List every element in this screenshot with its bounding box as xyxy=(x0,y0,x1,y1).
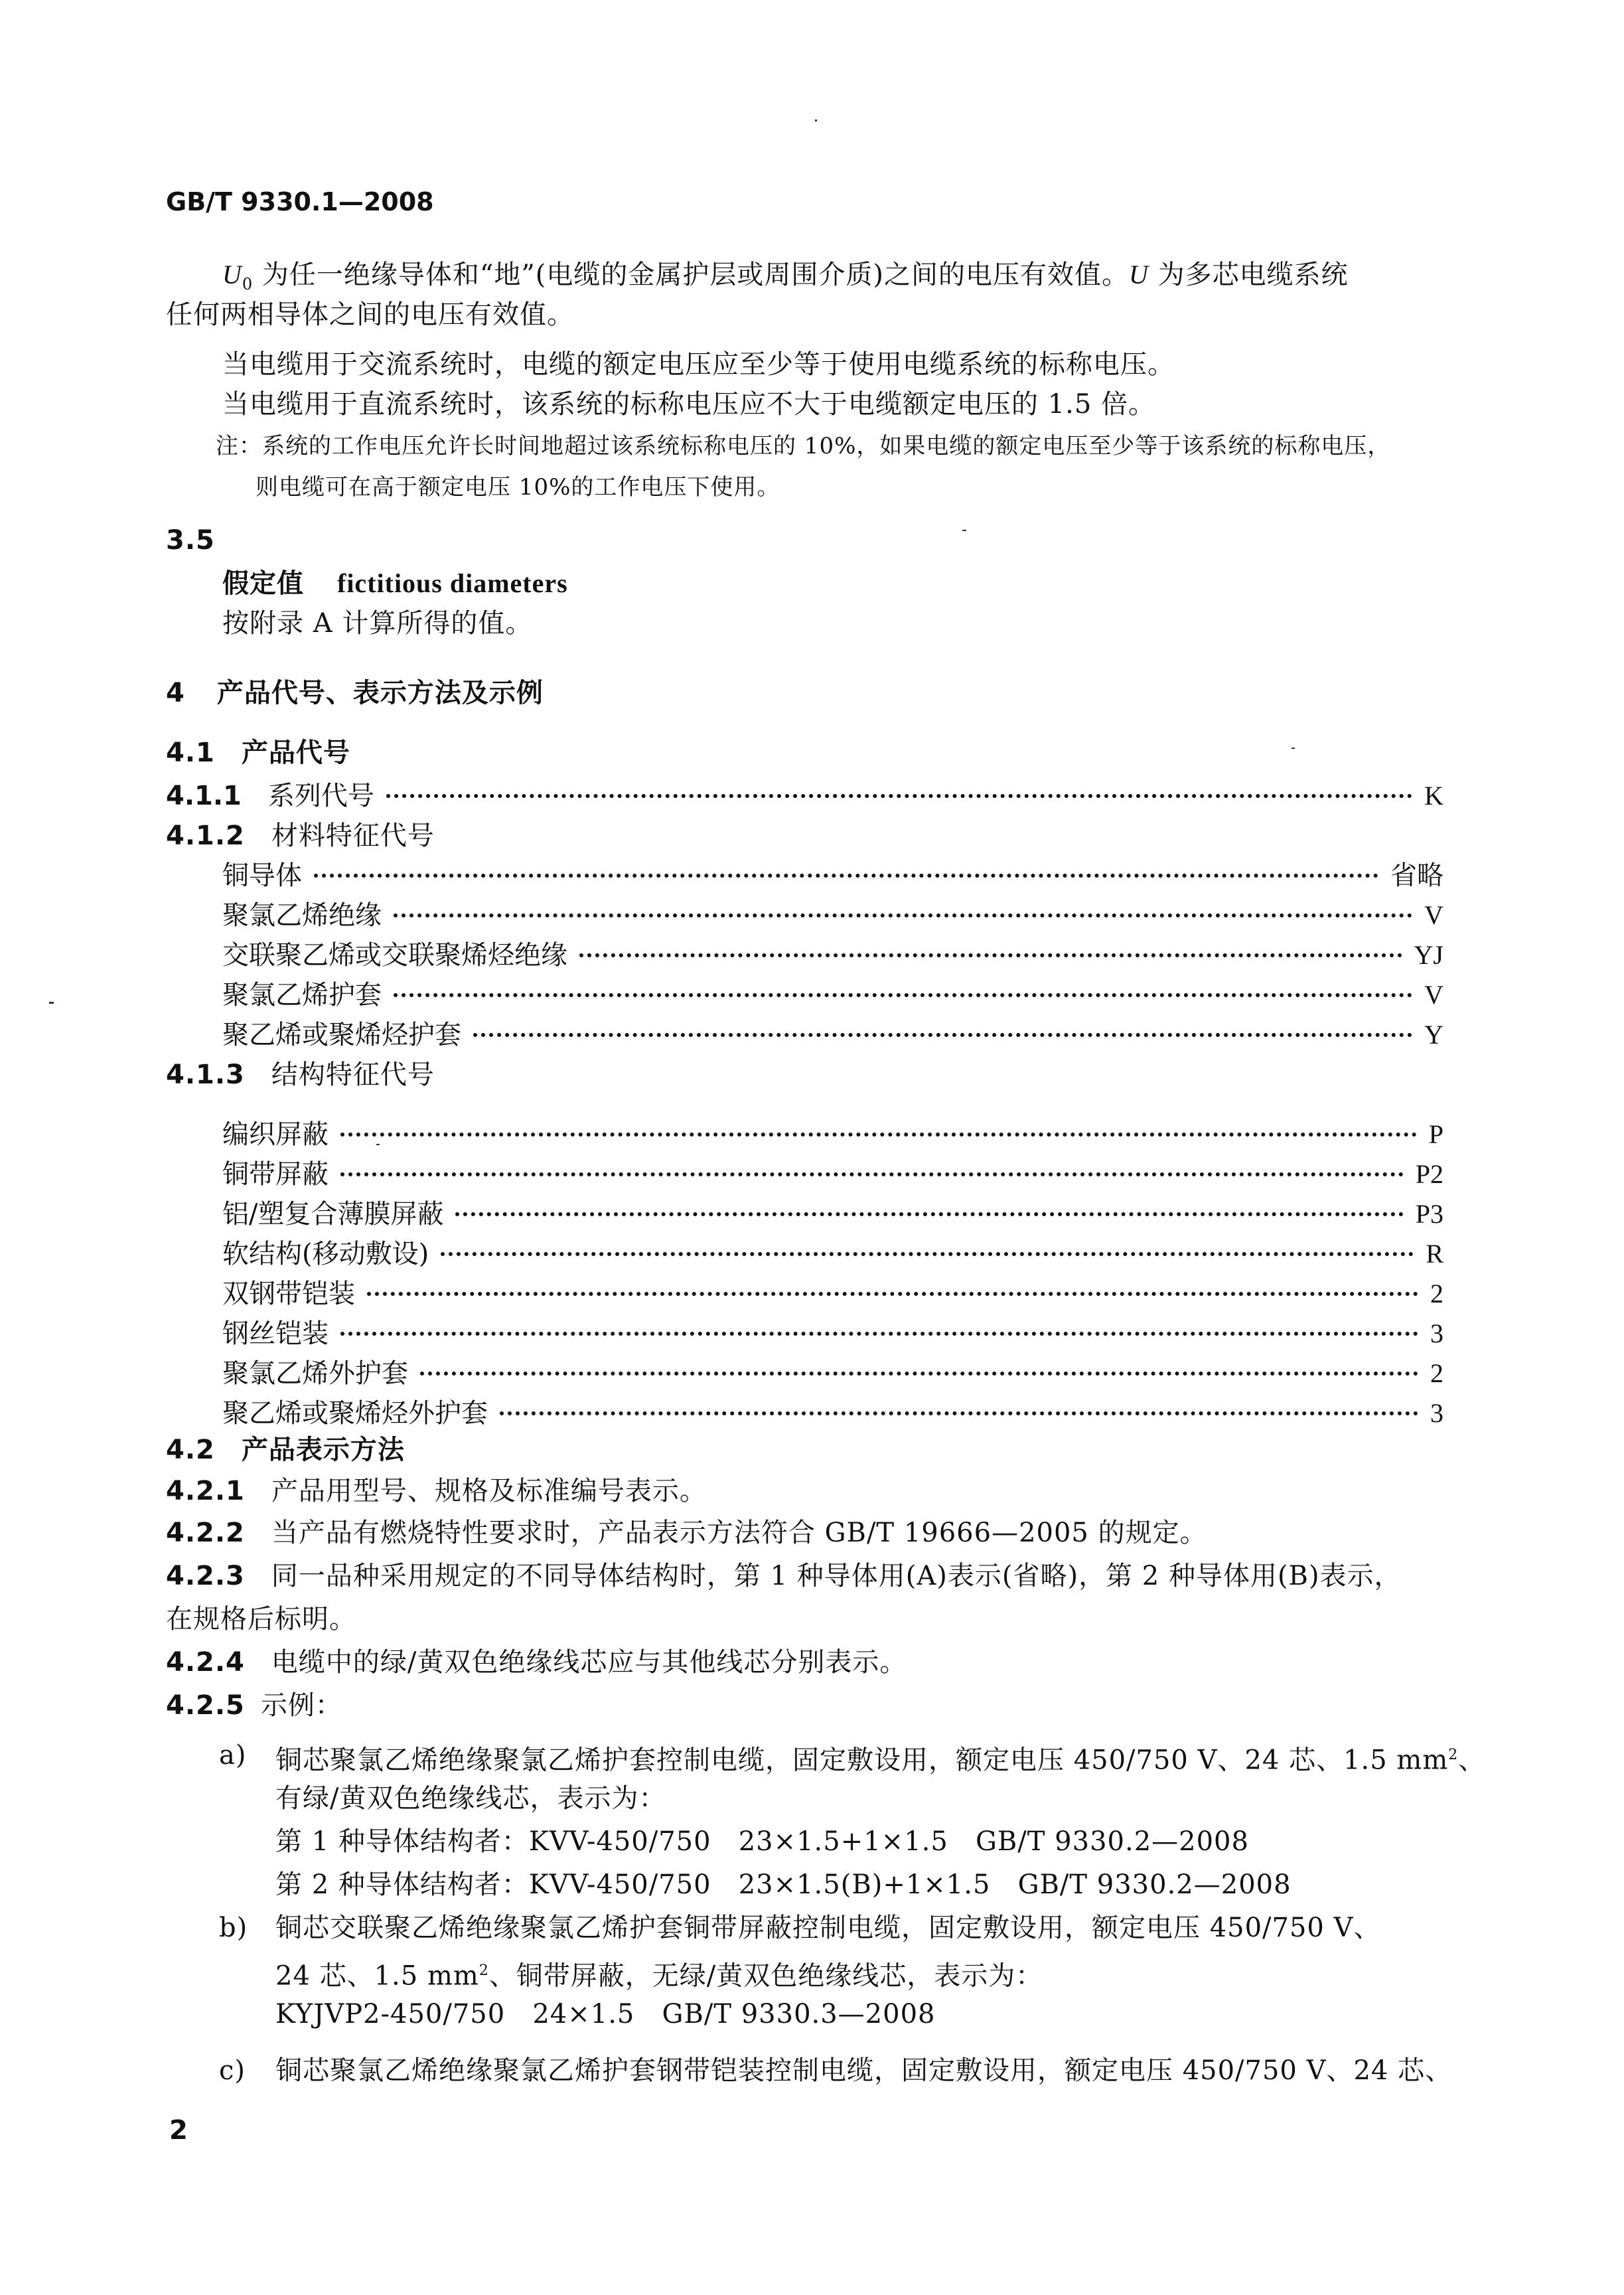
document-page: GB/T 9330.1—2008 U0 为任一绝缘导体和“地”(电缆的金属护层或… xyxy=(0,0,1624,2295)
example-text: 铜芯聚氯乙烯绝缘聚氯乙烯护套控制电缆，固定敷设用，额定电压 450/750 V、… xyxy=(275,1745,1448,1775)
example-c-marker: c) xyxy=(219,2055,246,2087)
structure-code-item: 铝/塑复合薄膜屏蔽P3 xyxy=(222,1198,1443,1230)
item-label: 铜导体 xyxy=(222,860,302,892)
symbol-u0: U xyxy=(222,260,242,289)
structure-code-item: 编织屏蔽P xyxy=(222,1119,1443,1150)
ac-system-rule: 当电缆用于交流系统时，电缆的额定电压应至少等于使用电缆系统的标称电压。 xyxy=(222,349,1175,380)
item-label: 聚氯乙烯绝缘 xyxy=(222,900,382,931)
leader-dots xyxy=(473,1033,1412,1037)
clause-title: 结构特征代号 xyxy=(271,1060,435,1090)
item-code: P2 xyxy=(1416,1158,1443,1190)
structure-code-item: 钢丝铠装3 xyxy=(222,1318,1443,1350)
item-label: 聚氯乙烯护套 xyxy=(222,979,382,1011)
clause-number: 4.1.3 xyxy=(166,1059,245,1091)
leader-dots xyxy=(340,1133,1417,1137)
superscript: 2 xyxy=(479,1962,489,1979)
clause-number: 4.2.3 xyxy=(166,1560,245,1592)
term-chinese: 假定值 xyxy=(222,568,304,599)
clause-4-2-5: 4.2.5示例： xyxy=(166,1690,342,1721)
scan-speck xyxy=(1292,748,1295,749)
item-code: P xyxy=(1429,1119,1443,1150)
clause-4-2-4: 4.2.4电缆中的绿/黄双色绝缘线芯应与其他线芯分别表示。 xyxy=(166,1646,907,1678)
voltage-definition-line1: U0 为任一绝缘导体和“地”(电缆的金属护层或周围介质)之间的电压有效值。U 为… xyxy=(222,259,1349,300)
leader-dots xyxy=(441,1252,1414,1256)
clause-number: 4.2.5 xyxy=(166,1690,245,1721)
symbol-u0-subscript: 0 xyxy=(242,275,253,293)
item-label: 交联聚乙烯或交联聚烯烃绝缘 xyxy=(222,939,567,971)
scan-speck xyxy=(815,119,817,121)
series-code-label: 4.1.1系列代号 xyxy=(166,780,374,812)
material-code-item: 聚乙烯或聚烯烃护套Y xyxy=(222,1019,1443,1051)
clause-text: 同一品种采用规定的不同导体结构时，第 1 种导体用(A)表示(省略)，第 2 种… xyxy=(271,1561,1402,1591)
section-4-1-number: 4.1 xyxy=(166,738,215,768)
item-code: P3 xyxy=(1416,1198,1443,1230)
clause-4-2-3-continuation: 在规格后标明。 xyxy=(166,1603,356,1635)
leader-dots xyxy=(386,794,1412,798)
leader-dots xyxy=(420,1372,1418,1376)
example-text: 、铜带屏蔽，无绿/黄双色绝缘线芯，表示为： xyxy=(489,1960,1043,1991)
structure-code-item: 聚氯乙烯外护套2 xyxy=(222,1358,1443,1389)
item-code: Y xyxy=(1424,1019,1443,1051)
section-3-5-number: 3.5 xyxy=(166,524,215,556)
clause-text: 产品用型号、规格及标准编号表示。 xyxy=(271,1476,707,1506)
leader-dots xyxy=(314,874,1378,878)
material-code-item: 铜导体省略 xyxy=(222,860,1443,892)
voltage-definition-line2: 任何两相导体之间的电压有效值。 xyxy=(166,299,574,331)
item-label: 聚乙烯或聚烯烃外护套 xyxy=(222,1397,488,1429)
item-code: R xyxy=(1426,1238,1443,1270)
scan-speck xyxy=(376,1144,380,1145)
example-a-designation-2: 第 2 种导体结构者：KVV-450/750 23×1.5(B)+1×1.5 G… xyxy=(275,1869,1292,1901)
example-a-line1: 铜芯聚氯乙烯绝缘聚氯乙烯护套控制电缆，固定敷设用，额定电压 450/750 V、… xyxy=(275,1739,1485,1776)
leader-dots xyxy=(367,1292,1418,1296)
section-3-5-definition: 按附录 A 计算所得的值。 xyxy=(222,607,532,639)
series-code-value: K xyxy=(1424,780,1443,812)
section-4-number: 4 xyxy=(166,678,185,708)
section-4-title: 产品代号、表示方法及示例 xyxy=(217,678,544,708)
note-line2: 则电缆可在高于额定电压 10%的工作电压下使用。 xyxy=(256,473,780,502)
example-b-designation: KYJVP2-450/750 24×1.5 GB/T 9330.3—2008 xyxy=(275,1998,935,2030)
structure-code-item: 双钢带铠装2 xyxy=(222,1278,1443,1310)
example-a-line2: 有绿/黄双色绝缘线芯，表示为： xyxy=(275,1782,666,1814)
clause-4-2-3: 4.2.3同一品种采用规定的不同导体结构时，第 1 种导体用(A)表示(省略)，… xyxy=(166,1560,1402,1592)
clause-number: 4.2.1 xyxy=(166,1475,245,1507)
example-text: 、 xyxy=(1458,1745,1485,1775)
material-code-heading: 4.1.2材料特征代号 xyxy=(166,820,435,852)
material-code-item: 聚氯乙烯护套V xyxy=(222,979,1443,1011)
item-code: 2 xyxy=(1430,1358,1443,1389)
dc-system-rule: 当电缆用于直流系统时，该系统的标称电压应不大于电缆额定电压的 1.5 倍。 xyxy=(222,388,1155,420)
example-c-line1: 铜芯聚氯乙烯绝缘聚氯乙烯护套钢带铠装控制电缆，固定敷设用，额定电压 450/75… xyxy=(275,2055,1452,2087)
item-label: 聚乙烯或聚烯烃护套 xyxy=(222,1019,461,1051)
material-code-item: 交联聚乙烯或交联聚烯烃绝缘YJ xyxy=(222,939,1443,971)
scan-speck xyxy=(49,1002,54,1004)
clause-4-2-2: 4.2.2当产品有燃烧特性要求时，产品表示方法符合 GB/T 19666—200… xyxy=(166,1517,1207,1549)
clause-number: 4.2.2 xyxy=(166,1517,245,1549)
symbol-u: U xyxy=(1129,260,1149,289)
voltage-definition-text: 为任一绝缘导体和“地”(电缆的金属护层或周围介质)之间的电压有效值。 xyxy=(253,260,1129,290)
clause-title: 材料特征代号 xyxy=(271,821,435,851)
section-4-2-heading: 4.2产品表示方法 xyxy=(166,1434,405,1466)
leader-dots xyxy=(394,993,1412,997)
leader-dots xyxy=(394,913,1412,917)
example-b-marker: b) xyxy=(219,1912,248,1944)
item-code: YJ xyxy=(1414,939,1443,971)
section-4-2-number: 4.2 xyxy=(166,1435,215,1465)
scan-speck xyxy=(962,530,966,531)
item-code: 省略 xyxy=(1390,860,1443,892)
structure-code-item: 铜带屏蔽P2 xyxy=(222,1158,1443,1190)
section-4-heading: 4产品代号、表示方法及示例 xyxy=(166,677,544,709)
example-b-line1: 铜芯交联聚乙烯绝缘聚氯乙烯护套铜带屏蔽控制电缆，固定敷设用，额定电压 450/7… xyxy=(275,1912,1381,1944)
term-english: fictitious diameters xyxy=(337,568,568,598)
material-code-item: 聚氯乙烯绝缘V xyxy=(222,900,1443,931)
series-code-entry: 4.1.1系列代号 K xyxy=(166,780,1443,812)
item-code: V xyxy=(1424,900,1443,931)
section-3-5-term: 假定值fictitious diameters xyxy=(222,568,568,599)
structure-code-item: 聚乙烯或聚烯烃外护套3 xyxy=(222,1397,1443,1429)
item-label: 双钢带铠装 xyxy=(222,1278,355,1310)
page-number: 2 xyxy=(169,2114,188,2146)
structure-code-item: 软结构(移动敷设)R xyxy=(222,1238,1443,1270)
clause-text: 当产品有燃烧特性要求时，产品表示方法符合 GB/T 19666—2005 的规定… xyxy=(271,1518,1207,1548)
clause-text: 示例： xyxy=(261,1690,342,1721)
item-code: V xyxy=(1424,979,1443,1011)
clause-number: 4.2.4 xyxy=(166,1646,245,1678)
item-code: 3 xyxy=(1430,1397,1443,1429)
clause-label: 系列代号 xyxy=(268,781,374,811)
leader-dots xyxy=(500,1411,1418,1415)
leader-dots xyxy=(340,1172,1404,1176)
example-b-line2: 24 芯、1.5 mm2、铜带屏蔽，无绿/黄双色绝缘线芯，表示为： xyxy=(275,1955,1043,1992)
item-code: 2 xyxy=(1430,1278,1443,1310)
leader-dots xyxy=(340,1332,1418,1336)
item-label: 编织屏蔽 xyxy=(222,1119,329,1150)
superscript: 2 xyxy=(1448,1747,1458,1763)
clause-4-2-1: 4.2.1产品用型号、规格及标准编号表示。 xyxy=(166,1475,707,1507)
note-line1: 注：系统的工作电压允许长时间地超过该系统标称电压的 10%，如果电缆的额定电压至… xyxy=(216,432,1390,461)
clause-number: 4.1.2 xyxy=(166,820,245,852)
item-label: 钢丝铠装 xyxy=(222,1318,329,1350)
item-label: 铜带屏蔽 xyxy=(222,1158,329,1190)
item-label: 聚氯乙烯外护套 xyxy=(222,1358,408,1389)
item-label: 软结构(移动敷设) xyxy=(222,1238,429,1270)
section-4-1-heading: 4.1产品代号 xyxy=(166,737,350,769)
item-label: 铝/塑复合薄膜屏蔽 xyxy=(222,1198,443,1230)
example-a-marker: a) xyxy=(219,1739,246,1771)
clause-text: 电缆中的绿/黄双色绝缘线芯应与其他线芯分别表示。 xyxy=(271,1647,907,1678)
leader-dots xyxy=(455,1212,1403,1216)
clause-number: 4.1.1 xyxy=(166,780,242,812)
example-text: 24 芯、1.5 mm xyxy=(275,1960,479,1991)
section-4-1-title: 产品代号 xyxy=(242,738,350,768)
structure-code-heading: 4.1.3结构特征代号 xyxy=(166,1059,435,1091)
leader-dots xyxy=(579,953,1402,957)
example-a-designation-1: 第 1 种导体结构者：KVV-450/750 23×1.5+1×1.5 GB/T… xyxy=(275,1826,1249,1858)
section-4-2-title: 产品表示方法 xyxy=(242,1435,405,1465)
voltage-definition-tail: 为多芯电缆系统 xyxy=(1149,260,1349,290)
item-code: 3 xyxy=(1430,1318,1443,1350)
standard-number-header: GB/T 9330.1—2008 xyxy=(166,186,434,218)
